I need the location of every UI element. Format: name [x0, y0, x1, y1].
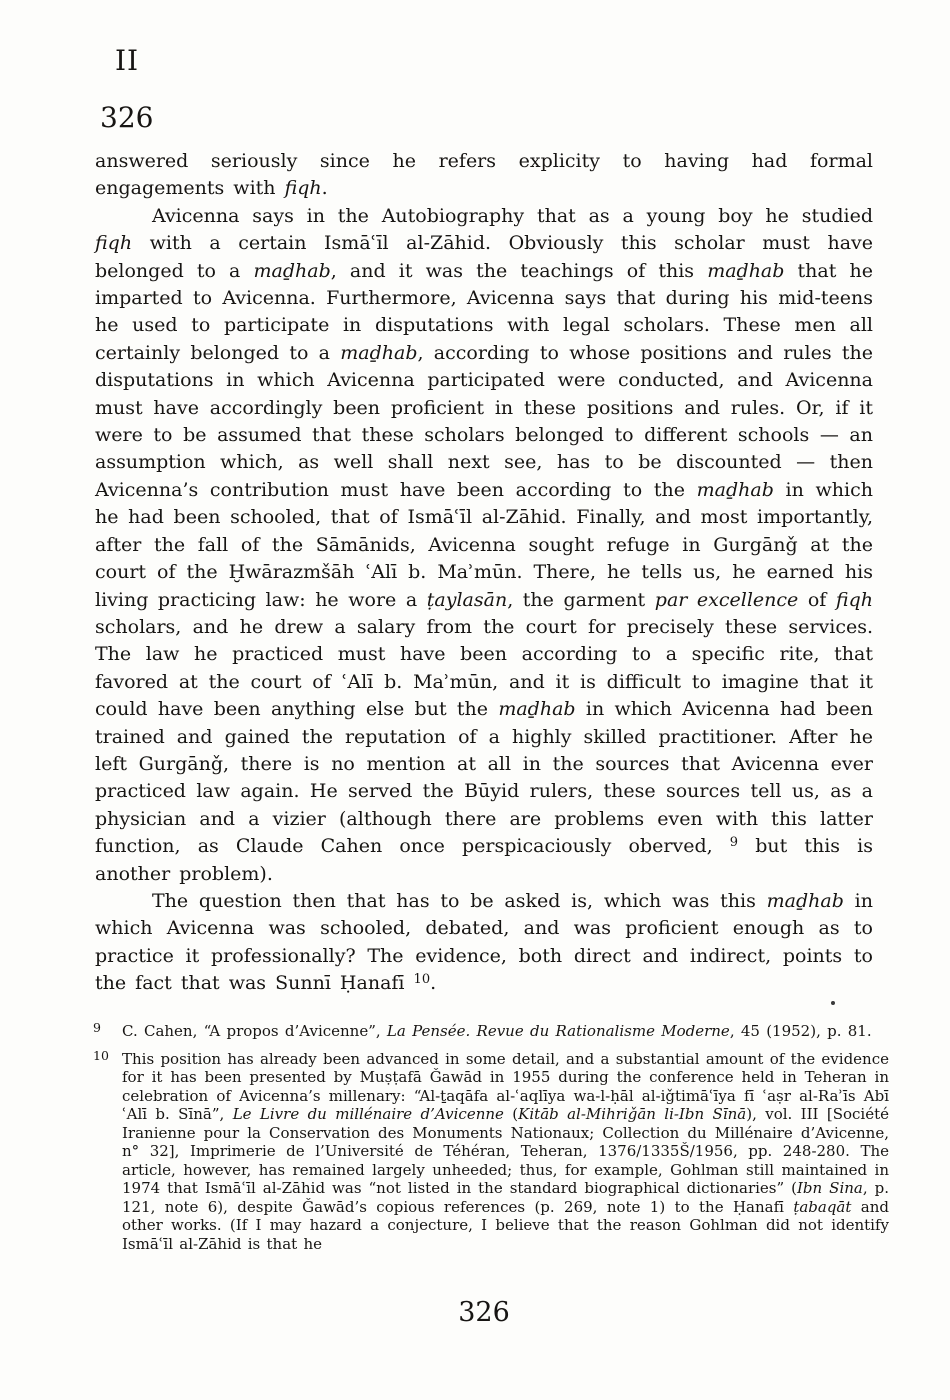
italic-term: maḏhab — [767, 890, 844, 912]
italic-term: ṭaylasān — [427, 589, 507, 611]
section-number: II — [115, 44, 139, 77]
italic-term: maḏhab — [498, 698, 575, 720]
text-run: , according to whose positions and rules… — [95, 342, 873, 501]
footnote: 9C. Cahen, “A propos d’Avicenne”, La Pen… — [93, 1022, 889, 1041]
text-run: , the garment — [507, 589, 655, 611]
italic-term: La Pensée. Revue du Rationalisme Moderne — [387, 1022, 730, 1040]
text-run: answered seriously since he refers expli… — [95, 150, 873, 199]
italic-term: maḏhab — [707, 260, 784, 282]
footnote-number: 9 — [93, 1019, 122, 1038]
text-run: . — [322, 177, 328, 199]
scan-artifact-dot — [831, 1001, 835, 1005]
text-run: in which Avicenna had been trained and g… — [95, 698, 873, 857]
italic-term: maḏhab — [340, 342, 417, 364]
text-run: of — [798, 589, 836, 611]
footnote-ref: 10 — [414, 972, 431, 987]
italic-term: fiqh — [836, 589, 873, 611]
footnote-ref: 9 — [730, 835, 738, 850]
footnote-text: C. Cahen, “A propos d’Avicenne”, La Pens… — [122, 1022, 889, 1041]
italic-term: maḏhab — [697, 479, 774, 501]
page-number-bottom: 326 — [95, 1297, 873, 1328]
scanned-page: II 326 answered seriously since he refer… — [0, 0, 950, 1400]
italic-term: fiqh — [95, 232, 132, 254]
italic-term: Kitāb al-Mihriǧān li-Ibn Sīnā — [518, 1105, 746, 1123]
footnotes: 9C. Cahen, “A propos d’Avicenne”, La Pen… — [93, 1022, 889, 1262]
italic-term: Ibn Sina — [797, 1179, 863, 1197]
text-run: ( — [504, 1105, 518, 1123]
italic-term: ṭabaqāt — [793, 1198, 851, 1216]
body-text: answered seriously since he refers expli… — [95, 148, 873, 998]
italic-term: par excellence — [655, 589, 799, 611]
footnote-text: This position has already been advanced … — [122, 1050, 889, 1254]
paragraph: The question then that has to be asked i… — [95, 888, 873, 998]
text-run: C. Cahen, “A propos d’Avicenne”, — [122, 1022, 387, 1040]
text-run: . — [430, 972, 436, 994]
text-run: The question then that has to be asked i… — [152, 890, 767, 912]
footnote-number: 10 — [93, 1047, 122, 1251]
paragraph: Avicenna says in the Autobiography that … — [95, 203, 873, 888]
text-run: , 45 (1952), p. 81. — [730, 1022, 872, 1040]
italic-term: maḏhab — [254, 260, 331, 282]
paragraph: answered seriously since he refers expli… — [95, 148, 873, 203]
page-number-top: 326 — [100, 101, 153, 134]
footnote: 10This position has already been advance… — [93, 1050, 889, 1254]
text-run: Avicenna says in the Autobiography that … — [152, 205, 873, 227]
italic-term: Le Livre du millénaire d’Avicenne — [233, 1105, 504, 1123]
text-run: , and it was the teachings of this — [331, 260, 707, 282]
italic-term: fiqh — [285, 177, 322, 199]
